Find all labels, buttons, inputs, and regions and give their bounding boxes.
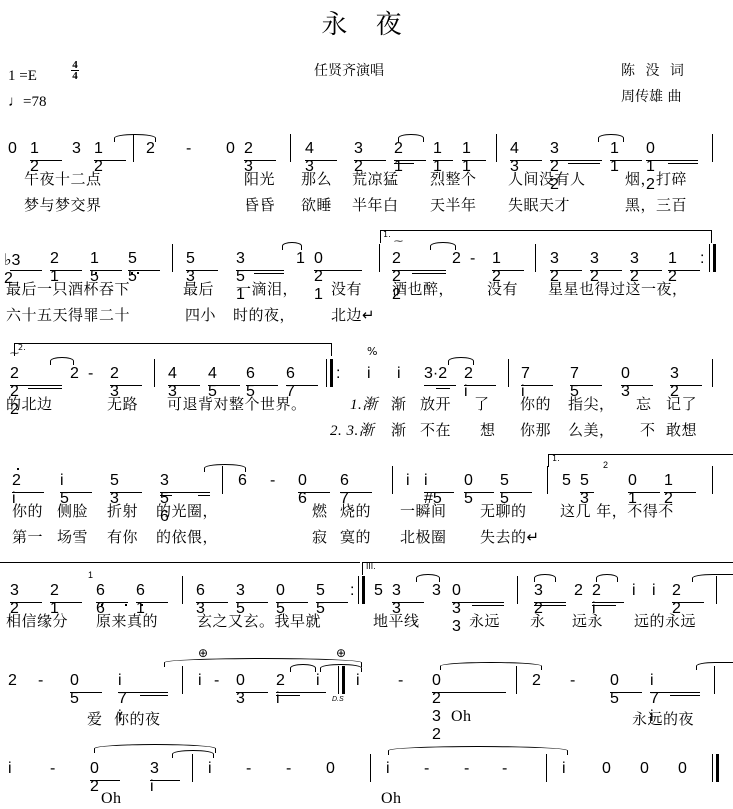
tie [692,574,733,582]
lyric-verse2: 失眠天才 [508,194,570,215]
underline [500,492,532,493]
underline [10,385,62,386]
note: 2 [70,365,79,383]
lyric: 你的夜 [114,708,161,729]
underline [668,163,698,164]
grace-note: 2 [603,460,608,470]
note: 3 [432,582,441,600]
underline [118,692,168,693]
lyric: 侧脸 [57,500,88,521]
lyric: 人间没有人 [508,168,586,189]
barline [517,576,518,604]
low-octave-dot [141,604,143,606]
barline [370,754,371,782]
lyric-verse2: 北极圈 [400,526,447,547]
underline [198,495,210,496]
note-dash: - [38,672,43,690]
underline [186,270,218,271]
underline [236,270,284,271]
barline [290,134,291,162]
low-octave-dot [95,272,97,274]
lyric: 忘 [636,393,652,414]
barline [712,359,713,387]
volta-label: 2. [18,343,26,352]
low-octave-dot [137,272,139,274]
lyric: 燃 [312,500,328,521]
note-group: 1 1 [610,140,619,176]
barline [508,359,509,387]
lyric-verse2: 想 [480,419,496,440]
underline [140,695,168,696]
underline [392,602,424,603]
underline [610,160,642,161]
underline [10,270,42,271]
singer-credit: 任贤齐演唱 [314,60,384,80]
underline [305,160,337,161]
lyric: 了 [474,393,490,414]
underline [12,492,44,493]
lyric-verse2: 有你 [107,526,138,547]
lyric: 酒也醉， [392,278,454,299]
barline [326,359,327,387]
lyric: 无路 [107,393,138,414]
underline [432,692,506,693]
note-dash: - [286,760,291,778]
underline [276,692,326,693]
underline [670,385,702,386]
lyric: 荒凉猛 [352,168,399,189]
lyricist-credit: 陈 没 词 [621,60,687,80]
lyric: 的光圈， [156,500,218,521]
note-dash: - [398,672,403,690]
lyric: 你的 [12,500,43,521]
note: 2 [8,672,17,690]
final-barline [713,244,716,272]
underline [433,160,453,161]
song-title: 永 夜 [0,4,733,41]
repeat-end: : [700,250,704,268]
barline [154,359,155,387]
note: 5 [562,472,571,490]
lyric: 没有 [487,278,518,299]
underline [254,273,284,274]
lyric-verse2: 不在 [420,419,451,440]
note-group: 0 5 [70,672,79,708]
lyric: 的北边 [6,393,53,414]
underline [510,160,542,161]
note: i [562,760,566,778]
underline [392,270,446,271]
underline [394,160,426,161]
lyric: 星星也得过这一夜， [548,278,688,299]
note: 0 [602,760,611,778]
underline [236,602,268,603]
underline [452,602,504,603]
lyric-verse2: 2. 3.渐 [330,419,374,440]
lyric: 永 [530,610,546,631]
underline [236,692,268,693]
note-group: 0 5 [464,472,473,508]
note-dash: - [424,760,429,778]
barline [192,754,193,782]
underline [50,270,82,271]
lyric: 折射 [107,500,138,521]
volta-bracket [380,230,712,243]
lyric: 一滴泪， [236,278,298,299]
time-sig-bottom: 4 [71,71,79,81]
barline [516,666,517,694]
underline [592,605,616,606]
barline [546,754,547,782]
lyric-verse2: 失去的↵ [480,526,540,547]
underline [592,602,624,603]
note-group: 0 3 [236,672,245,708]
lyric-verse2: 不 [640,419,656,440]
tempo-marking: ♩=78 [8,94,46,111]
tie [430,242,456,250]
barline [712,134,713,162]
note-dash: - [570,672,575,690]
note-group: 2 i [276,672,285,708]
underline [668,270,700,271]
low-octave-dot [101,604,103,606]
tie [598,134,624,142]
note: i [8,760,12,778]
mordent-icon: ⁓ [394,237,403,247]
lyric: 一瞬间 [400,500,447,521]
underline [580,492,594,493]
repeat-start: : [336,365,340,383]
underline [160,495,172,496]
underline [472,605,504,606]
underline [630,270,662,271]
note-group: 3 i [150,760,159,796]
underline [610,692,642,693]
lyric: Oh [381,790,402,808]
tie [696,662,733,670]
lyric: 地平线 [373,610,420,631]
final-barline [362,576,365,604]
underline [196,602,228,603]
lyric: 指尖， [568,393,615,414]
tie [50,357,74,365]
lyric-verse2: 半年白 [352,194,399,215]
note: 0 [226,140,235,158]
underline [70,692,102,693]
composer-credit: 周传雄 曲 [621,86,681,106]
lyric-verse2: 黑，三百 [625,194,687,215]
underline [110,385,142,386]
volta-bracket [548,454,733,467]
lyric-verse2: 么美， [568,419,615,440]
underline [50,602,82,603]
tie [172,750,214,758]
underline [314,270,362,271]
note: i [356,672,360,690]
underline [646,160,698,161]
underline [246,385,278,386]
lyric-verse2: 四小 [185,304,216,325]
underline [298,492,330,493]
lyric: 永远的夜 [632,708,694,729]
note-group: 0 3 3 [452,582,461,636]
note-dash: - [502,760,507,778]
lyric: 相信缘分 [6,610,68,631]
lyric: 远的永远 [634,610,696,631]
barline [182,666,183,694]
underline [128,270,160,271]
underline [534,602,566,603]
underline [30,160,62,161]
tie [282,242,302,250]
lyric-verse2: 场雪 [57,526,88,547]
note: i [198,672,202,690]
underline [244,160,276,161]
underline [550,160,602,161]
lyric: 你的 [520,393,551,414]
barline [392,466,393,494]
tie [440,662,542,670]
volta-label: 1. [552,454,560,463]
note: i [632,582,636,600]
barline [547,466,548,494]
volta-continuation [0,562,360,575]
note: 2 [146,140,155,158]
underline [492,270,524,271]
time-signature: 4 4 [71,60,79,81]
underline [150,780,180,781]
note: 2 [452,250,461,268]
barline [379,244,380,272]
lyric: 永远 [469,610,500,631]
note: i [316,672,320,690]
underline [462,160,486,161]
tie [534,574,556,582]
note: 6 [238,472,247,490]
note: 5 [374,582,383,600]
note-group: 0 2 [90,760,99,796]
underline [590,270,622,271]
barline [712,754,713,782]
underline [340,492,372,493]
underline [94,160,126,161]
note: 0 [640,760,649,778]
lyric: 这几 年，不得不 [560,500,674,521]
underline [534,605,566,606]
volta-label: 1. [383,230,391,239]
note-dash: - [470,250,475,268]
note: 2 [574,582,583,600]
underline [316,602,348,603]
lyric: 午夜十二点 [24,168,102,189]
underline [10,602,42,603]
lyric: 玄之又玄。我早就 [197,610,321,631]
tie [416,574,440,582]
note-dash: - [186,140,191,158]
underline [28,388,62,389]
note-dash: - [50,760,55,778]
lyric: 1.渐 [350,393,378,414]
underline [650,692,700,693]
lyric: 最后 [183,278,214,299]
ds-label: D.S [332,696,344,703]
note: 2 [532,672,541,690]
note-dash: - [88,365,93,383]
tie [448,357,474,365]
mordent-icon: ⁓ [10,349,19,359]
underline [90,270,122,271]
low-octave-dot [131,272,133,274]
lyric: 无聊的 [480,500,527,521]
underline [672,602,704,603]
note: i [397,365,401,383]
barline [172,244,173,272]
lyric: 爱 [87,708,103,729]
note-dash: - [246,760,251,778]
note: i [386,760,390,778]
barline [496,134,497,162]
tie [320,664,362,672]
lyric-verse2: 天半年 [430,194,477,215]
volta-label: III. [366,562,376,571]
note-group: 0 2 3 2 [432,672,441,744]
note: i [406,472,410,490]
underline [110,492,142,493]
final-barline [716,754,719,782]
lyric: 渐 [391,393,407,414]
barline [182,576,183,604]
underline [208,385,240,386]
underline [136,602,168,603]
lyric: 放开 [420,393,451,414]
underline [160,492,210,493]
underline [276,695,300,696]
lyric-verse2: 时的夜， [233,304,295,325]
underline [96,602,128,603]
note-dash: - [214,672,219,690]
lyric: Oh [451,708,472,726]
note: 3 [72,140,81,158]
note-dash: - [464,760,469,778]
note-group: 0 3 [621,365,630,401]
underline [424,492,454,493]
tie [204,464,246,472]
coda-icon: ⊕ [336,646,346,660]
barline [358,576,359,604]
note-dash: - [270,472,275,490]
note: i [652,582,656,600]
note-group: 0 2 1 [314,250,323,304]
repeat-end: : [350,582,354,600]
underline [436,388,450,389]
underline [550,270,582,271]
note: 0 [678,760,687,778]
note: 0 [8,140,17,158]
lyric: 烧的 [340,500,371,521]
barline [535,244,536,272]
tie [290,664,316,672]
underline [168,385,200,386]
lyric-verse2: 昏昏 [244,194,275,215]
underline [628,492,660,493]
note-group: 3·2 [424,365,447,383]
note: i [367,365,371,383]
underline [521,385,553,386]
underline [568,163,600,164]
lyric: Oh [101,790,122,808]
note: 1 [296,250,305,268]
lyric: 可退背对整个世界。 [167,393,307,414]
volta-bracket [14,343,332,356]
underline [412,273,446,274]
lyric: 没有 [331,278,362,299]
underline [570,385,602,386]
underline [670,695,700,696]
note: 0 [326,760,335,778]
lyric: 记了 [666,393,697,414]
underline [394,163,414,164]
underline [276,602,308,603]
note-group: 0 6 [298,472,307,508]
lyric-verse2: 你那 [520,419,551,440]
key-signature: 1 =E [8,68,37,85]
tie [398,134,424,142]
lyric-verse2: 敢想 [666,419,697,440]
tie [114,134,156,142]
underline [354,160,386,161]
lyric: 原来真的 [96,610,158,631]
underline [464,492,494,493]
underline [621,385,653,386]
barline [714,666,715,694]
underline [664,492,696,493]
barline [712,466,713,494]
phrase-slur [388,746,568,755]
underline [464,385,496,386]
note: i [208,760,212,778]
note-group: 0 5 [610,672,619,708]
note-group: 2 i [464,365,473,401]
lyric: 阳光 [244,168,275,189]
lyric-verse2: 渐 [391,419,407,440]
lyric: 烟，打碎 [625,168,687,189]
lyric: 那么 [301,168,332,189]
lyric-verse2: 寞的 [340,526,371,547]
underline [60,492,92,493]
tie [596,574,618,582]
lyric-verse2: 北边↵ [331,304,375,325]
lyric-verse2: 六十五天得罪二十 [6,304,130,325]
time-sig-top: 4 [71,60,79,70]
high-octave-dot [17,468,19,470]
thick-barline [330,359,333,387]
lyric-verse2: 寂 [312,526,328,547]
lyric: 烈整个 [430,168,477,189]
segno-icon: % [367,345,377,358]
barline [709,244,710,272]
underline [424,385,456,386]
grace-note: 1 [88,570,93,580]
volta-bracket [362,562,733,575]
lyric-verse2: 欲睡 [301,194,332,215]
lyric: 远永 [572,610,603,631]
lyric: 最后一只酒杯吞下 [6,278,130,299]
lyric-verse2: 梦与梦交界 [24,194,102,215]
underline [90,780,120,781]
low-octave-dot [125,604,127,606]
lyric-verse2: 第一 [12,526,43,547]
underline [286,385,318,386]
